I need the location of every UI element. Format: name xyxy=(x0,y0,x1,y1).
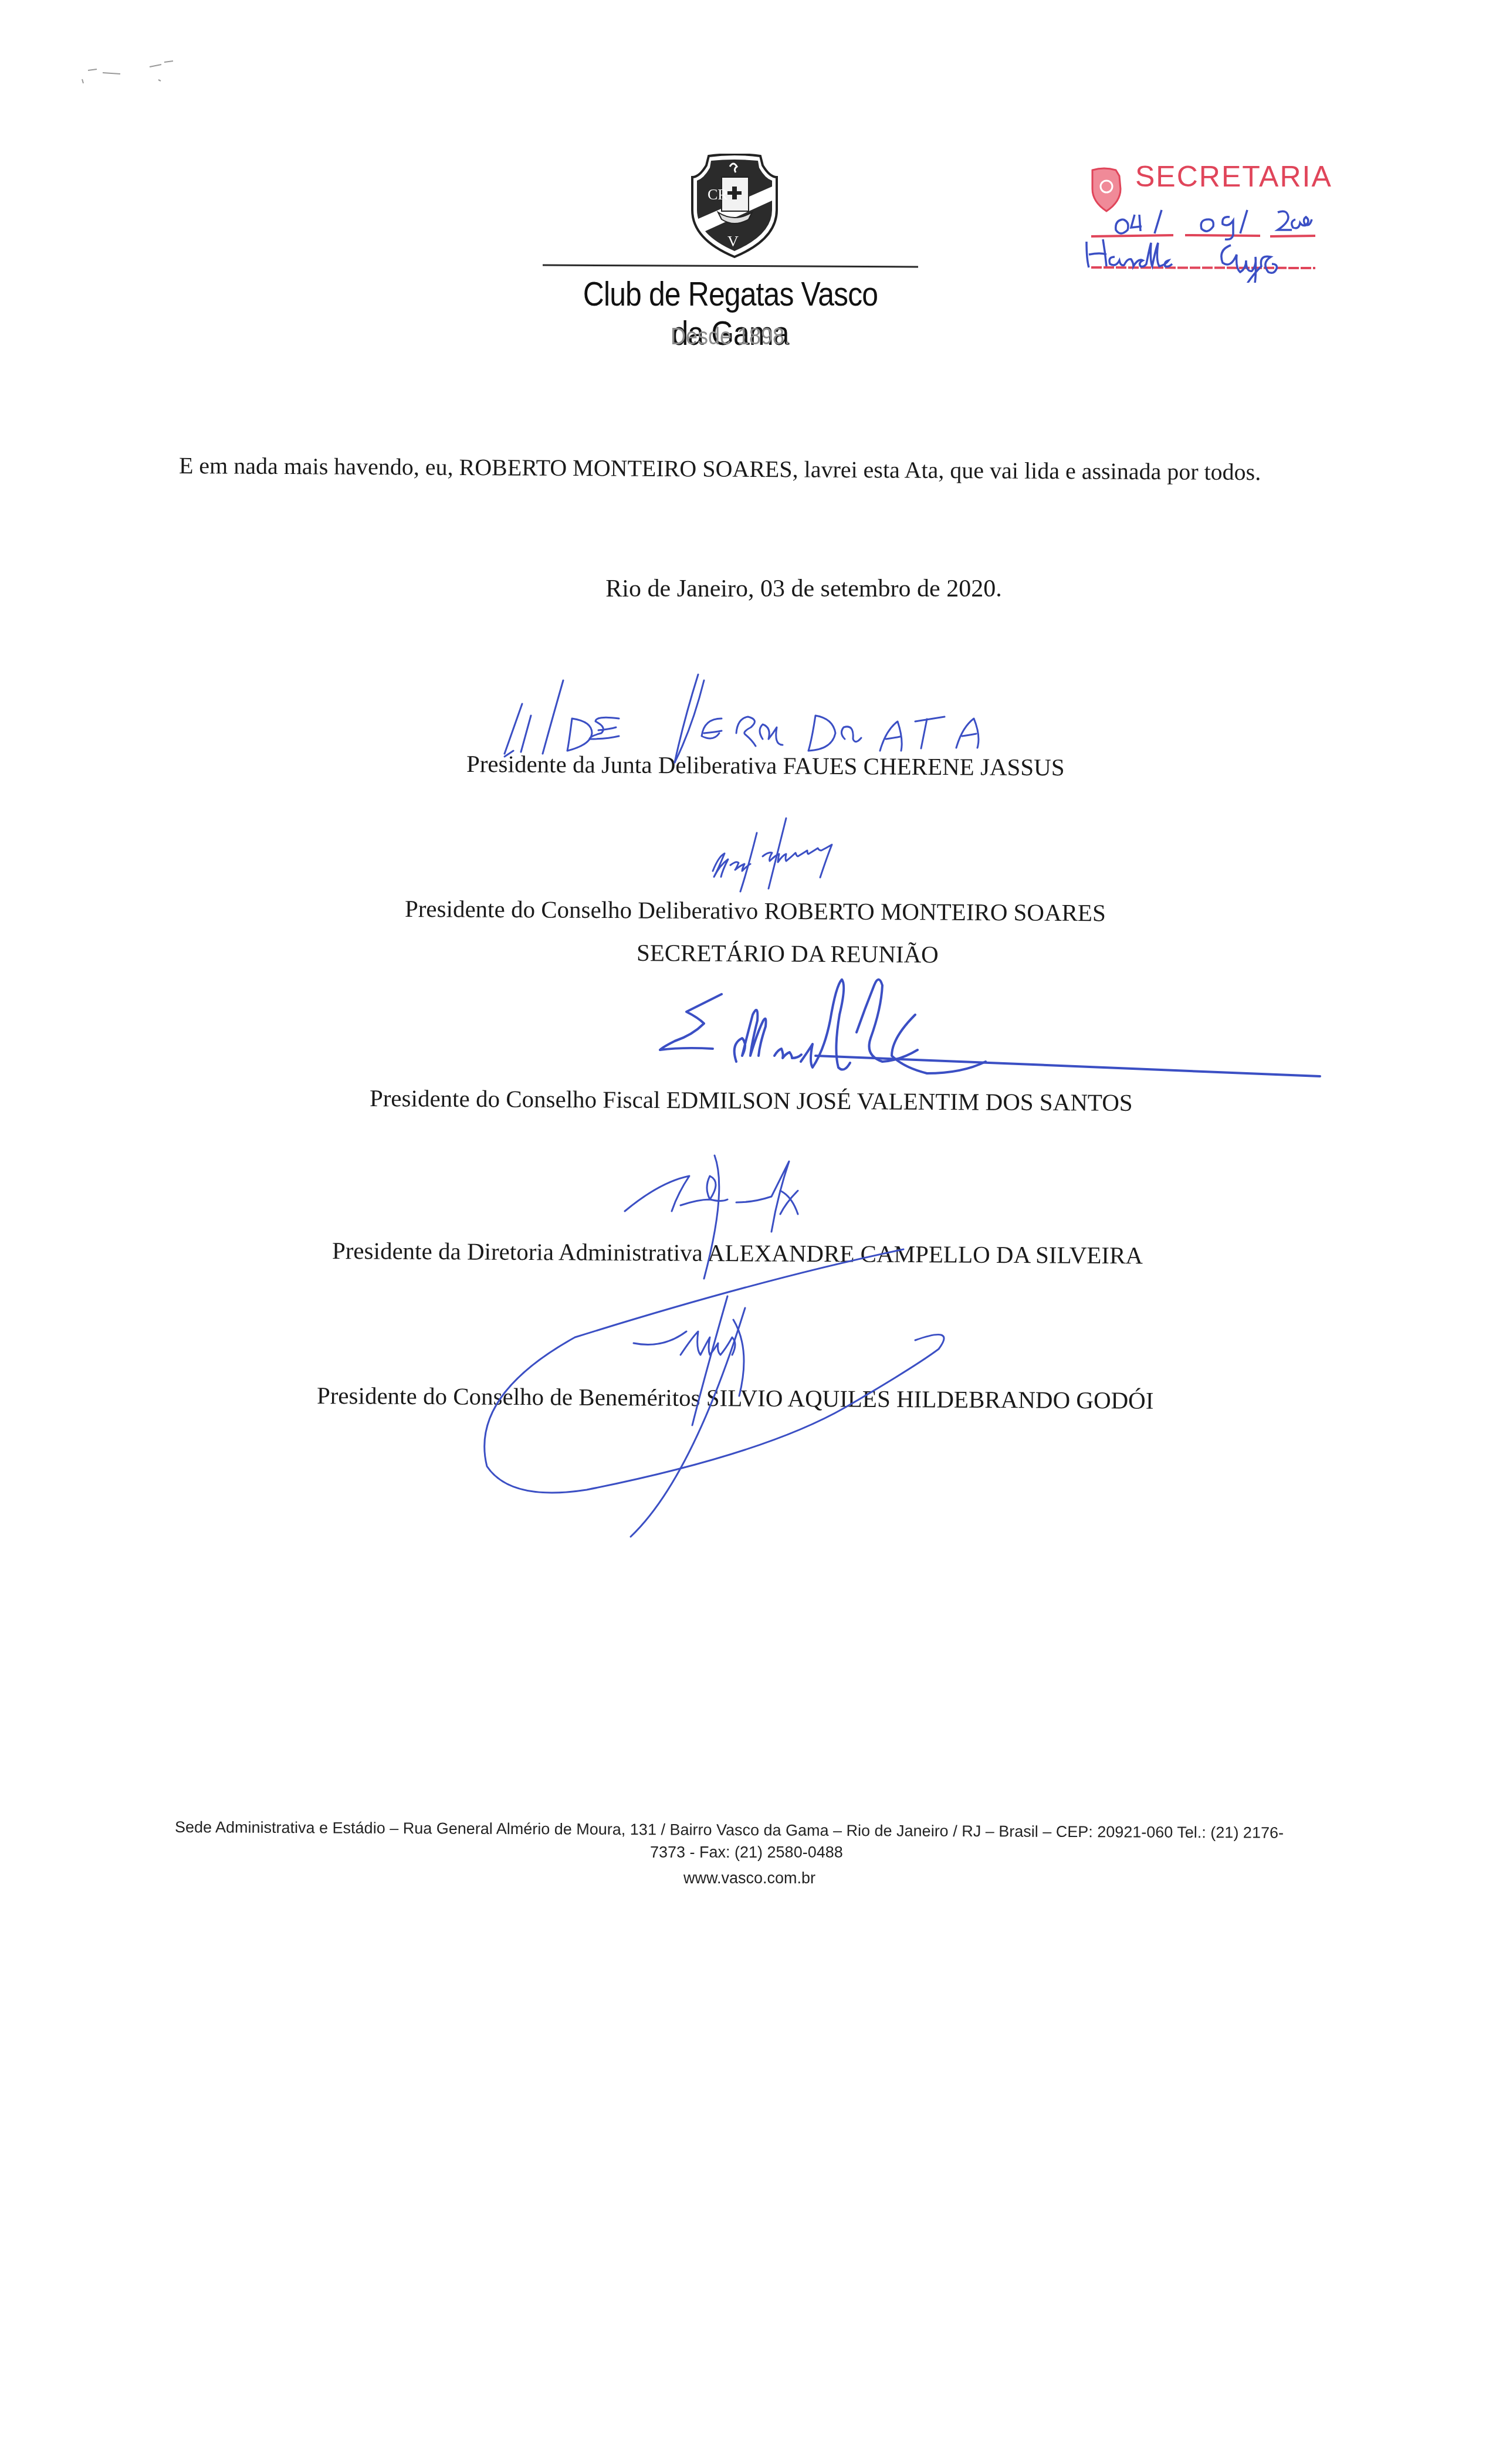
handwritten-signatures xyxy=(0,0,1496,2464)
signatory-junta-deliberativa: Presidente da Junta Deliberativa FAUES C… xyxy=(466,750,1065,781)
signatory-conselho-fiscal: Presidente do Conselho Fiscal EDMILSON J… xyxy=(370,1084,1133,1117)
svg-text:V: V xyxy=(727,233,739,250)
signature-junta-deliberativa xyxy=(505,675,979,762)
signatory-conselho-deliberativo: Presidente do Conselho Deliberativo ROBE… xyxy=(405,894,1106,927)
footer-phone-fax: 7373 - Fax: (21) 2580-0488 xyxy=(650,1843,843,1862)
footer-address: Sede Administrativa e Estádio – Rua Gene… xyxy=(175,1818,1284,1842)
signature-conselho-fiscal xyxy=(660,980,1320,1076)
place-and-date: Rio de Janeiro, 03 de setembro de 2020. xyxy=(0,575,1496,603)
footer-website-link[interactable]: www.vasco.com.br xyxy=(683,1869,815,1887)
club-founded-year: Desde 1898. xyxy=(561,324,899,350)
signature-conselho-deliberativo xyxy=(713,818,832,892)
closing-paragraph: E em nada mais havendo, eu, ROBERTO MONT… xyxy=(179,452,1341,486)
scan-artifact-marks xyxy=(70,47,188,94)
vasco-da-gama-crest-icon: CR V xyxy=(691,154,778,258)
club-crest-stamp-icon xyxy=(1092,168,1121,211)
signatory-secretario-subtitle: SECRETÁRIO DA REUNIÃO xyxy=(637,938,939,968)
letterhead-divider xyxy=(543,265,918,268)
signatory-conselho-benemeritos: Presidente do Conselho de Beneméritos SI… xyxy=(317,1381,1154,1415)
signatory-diretoria-administrativa: Presidente da Diretoria Administrativa A… xyxy=(332,1236,1143,1269)
stamp-title: SECRETARIA xyxy=(1135,160,1332,194)
svg-text:CR: CR xyxy=(708,186,728,203)
